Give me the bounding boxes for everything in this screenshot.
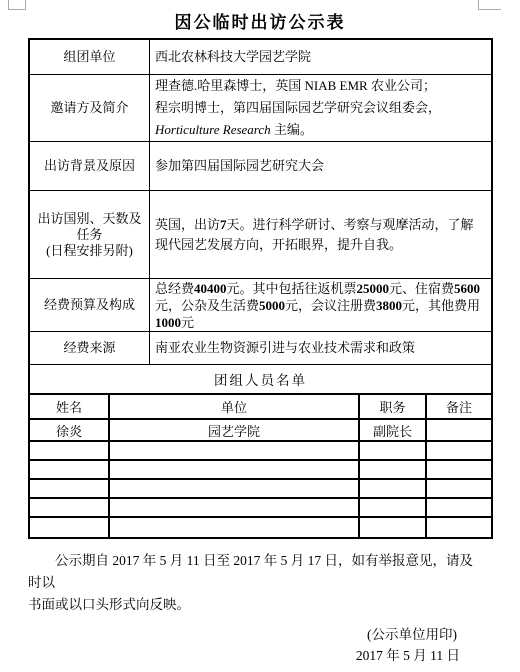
- row-label-inviting-party: 邀请方及简介: [30, 75, 150, 141]
- personnel-header-position: 职务: [360, 395, 427, 418]
- table-row-background-reason: 出访背景及原因 参加第四届国际园艺研究大会: [30, 142, 491, 191]
- table-row-inviting-party: 邀请方及简介 理查德.哈里森博士，英国 NIAB EMR 农业公司； 程宗明博士…: [30, 75, 491, 142]
- personnel-row: 徐炎 园艺学院 副院长: [30, 420, 491, 442]
- personnel-position: [360, 499, 427, 516]
- inviting-party-line1: 理查德.哈里森博士，英国 NIAB EMR 农业公司；: [155, 75, 486, 97]
- personnel-header-unit: 单位: [110, 395, 360, 418]
- personnel-unit: [110, 499, 360, 516]
- notice-paragraph: 公示期自 2017 年 5 月 11 日至 2017 年 5 月 17 日，如有…: [28, 550, 480, 616]
- budget-text: 总经费40400元。其中包括往返机票25000元、住宿费5600元，公杂及生活费…: [155, 280, 486, 331]
- personnel-header-row: 姓名 单位 职务 备注: [30, 395, 491, 420]
- personnel-header-note: 备注: [427, 395, 491, 418]
- personnel-row: [30, 518, 491, 537]
- personnel-note: [427, 442, 491, 459]
- row-label-funding-source: 经费来源: [30, 332, 150, 364]
- table-row-funding-source: 经费来源 南亚农业生物资源引进与农业技术需求和政策: [30, 332, 491, 365]
- personnel-name: [30, 461, 110, 478]
- personnel-name: 徐炎: [30, 420, 110, 440]
- personnel-unit: [110, 442, 360, 459]
- personnel-note: [427, 480, 491, 497]
- personnel-header-name: 姓名: [30, 395, 110, 418]
- personnel-note: [427, 420, 491, 440]
- personnel-row: [30, 480, 491, 499]
- row-label-organizing-unit: 组团单位: [30, 40, 150, 74]
- personnel-position: [360, 480, 427, 497]
- date-line: 2017 年 5 月 11 日: [0, 644, 460, 664]
- personnel-unit: 园艺学院: [110, 420, 360, 440]
- personnel-position: [360, 461, 427, 478]
- row-label-destination-duration-tasks: 出访国别、天数及 任务 (日程安排另附): [30, 191, 150, 278]
- row-content-budget: 总经费40400元。其中包括往返机票25000元、住宿费5600元，公杂及生活费…: [150, 279, 491, 331]
- personnel-row: [30, 442, 491, 461]
- row-content-inviting-party: 理查德.哈里森博士，英国 NIAB EMR 农业公司； 程宗明博士，第四届国际园…: [150, 75, 491, 141]
- seal-note: (公示单位用印): [0, 623, 457, 643]
- personnel-name: [30, 442, 110, 459]
- row-content-organizing-unit: 西北农林科技大学园艺学院: [150, 40, 491, 74]
- table-row-organizing-unit: 组团单位 西北农林科技大学园艺学院: [30, 40, 491, 75]
- personnel-note: [427, 518, 491, 537]
- personnel-unit: [110, 518, 360, 537]
- personnel-name: [30, 480, 110, 497]
- row-content-background-reason: 参加第四届国际园艺研究大会: [150, 142, 491, 190]
- row-label-budget: 经费预算及构成: [30, 279, 150, 331]
- row-label-background-reason: 出访背景及原因: [30, 142, 150, 190]
- personnel-row: [30, 499, 491, 518]
- inviting-party-line2: 程宗明博士，第四届国际园艺学研究会议组委会，Horticulture Resea…: [155, 97, 486, 141]
- document-page: 因公临时出访公示表 组团单位 西北农林科技大学园艺学院 邀请方及简介 理查德.哈…: [0, 0, 520, 672]
- form-table: 组团单位 西北农林科技大学园艺学院 邀请方及简介 理查德.哈里森博士，英国 NI…: [28, 38, 493, 539]
- personnel-name: [30, 518, 110, 537]
- personnel-position: [360, 442, 427, 459]
- personnel-unit: [110, 461, 360, 478]
- personnel-position: 副院长: [360, 420, 427, 440]
- personnel-name: [30, 499, 110, 516]
- row-content-destination-duration-tasks: 英国，出访7天。进行科学研讨、考察与观摩活动，了解现代园艺发展方向，开拓眼界，提…: [150, 191, 491, 278]
- destination-duration-tasks-text: 英国，出访7天。进行科学研讨、考察与观摩活动，了解现代园艺发展方向，开拓眼界，提…: [155, 215, 486, 255]
- personnel-note: [427, 499, 491, 516]
- personnel-unit: [110, 480, 360, 497]
- table-row-budget: 经费预算及构成 总经费40400元。其中包括往返机票25000元、住宿费5600…: [30, 279, 491, 332]
- personnel-section-title: 团组人员名单: [30, 365, 491, 395]
- page-title: 因公临时出访公示表: [0, 8, 520, 33]
- personnel-note: [427, 461, 491, 478]
- personnel-position: [360, 518, 427, 537]
- row-content-funding-source: 南亚农业生物资源引进与农业技术需求和政策: [150, 332, 491, 364]
- personnel-row: [30, 461, 491, 480]
- table-row-destination-duration-tasks: 出访国别、天数及 任务 (日程安排另附) 英国，出访7天。进行科学研讨、考察与观…: [30, 191, 491, 279]
